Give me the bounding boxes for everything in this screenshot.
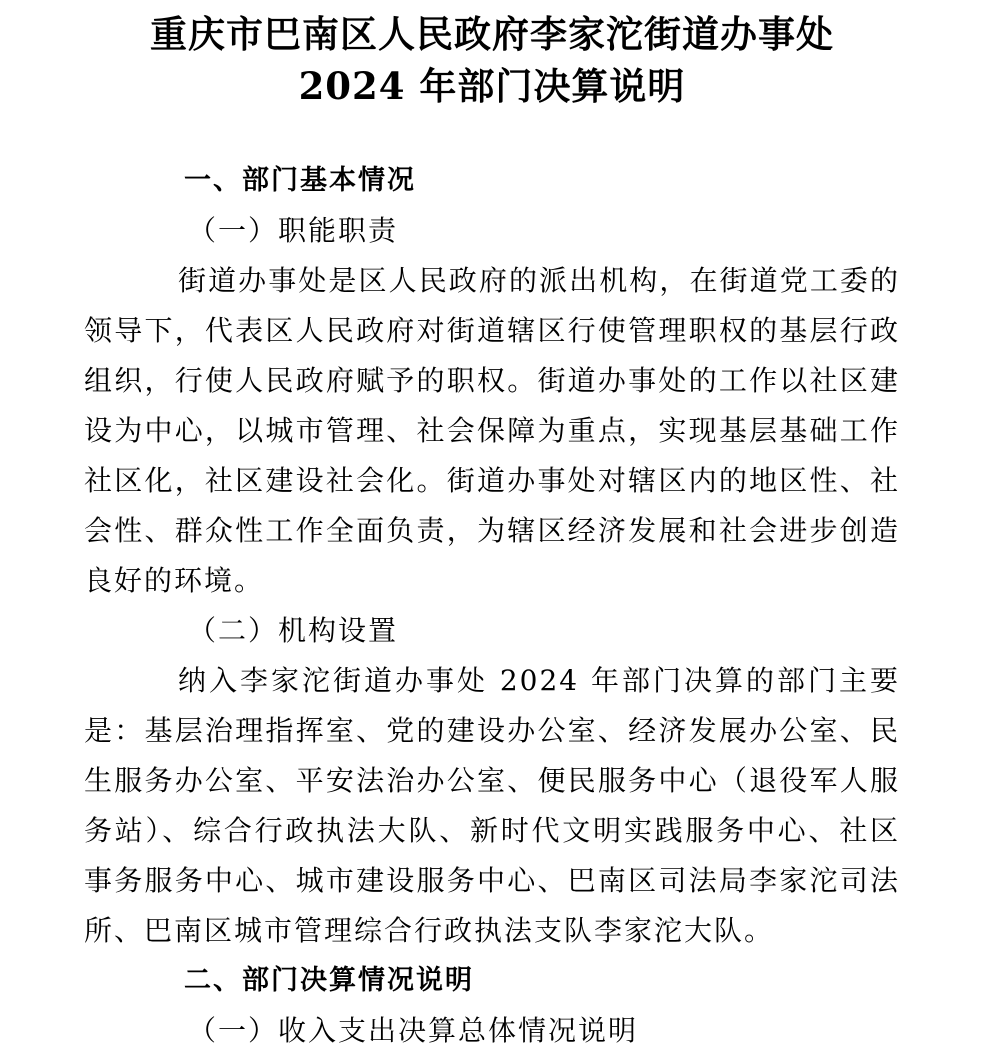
subsection-heading-income-expenditure: （一）收入支出决算总体情况说明	[84, 1006, 900, 1053]
paragraph-functions: 街道办事处是区人民政府的派出机构，在街道党工委的领导下，代表区人民政府对街道辖区…	[84, 256, 900, 606]
section-heading-final-accounts: 二、部门决算情况说明	[84, 956, 900, 1006]
document-title-line-2: 2024 年部门决算说明	[84, 60, 900, 112]
document-title-line-1: 重庆市巴南区人民政府李家沱街道办事处	[84, 8, 900, 60]
document-title: 重庆市巴南区人民政府李家沱街道办事处 2024 年部门决算说明	[84, 8, 900, 112]
document-page: 重庆市巴南区人民政府李家沱街道办事处 2024 年部门决算说明 一、部门基本情况…	[0, 0, 1000, 1053]
paragraph-organization: 纳入李家沱街道办事处 2024 年部门决算的部门主要是：基层治理指挥室、党的建设…	[84, 656, 900, 956]
section-heading-basic-situation: 一、部门基本情况	[84, 156, 900, 206]
subsection-heading-functions: （一）职能职责	[84, 206, 900, 256]
subsection-heading-organization: （二）机构设置	[84, 606, 900, 656]
